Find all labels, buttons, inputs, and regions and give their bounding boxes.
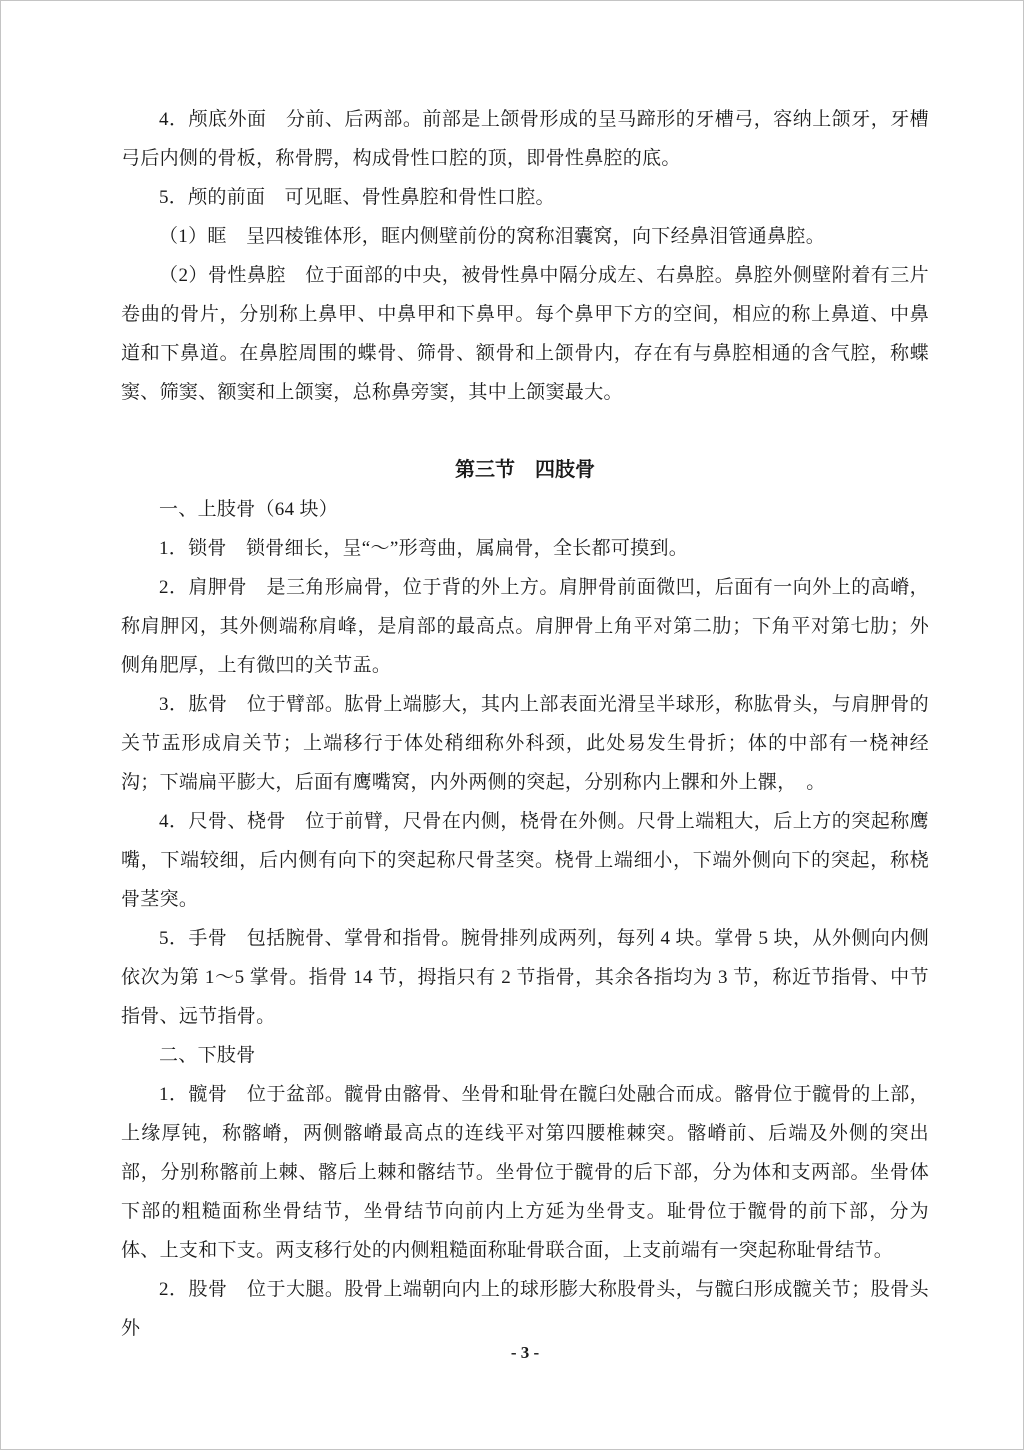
paragraph-skull-front: 5．颅的前面 可见眶、骨性鼻腔和骨性口腔。	[121, 178, 929, 217]
section-heading: 第三节 四肢骨	[121, 451, 929, 490]
paragraph-clavicle: 1．锁骨 锁骨细长，呈“～”形弯曲，属扁骨，全长都可摸到。	[121, 529, 929, 568]
paragraph-scapula: 2．肩胛骨 是三角形扁骨，位于背的外上方。肩胛骨前面微凹，后面有一向外上的高嵴，…	[121, 568, 929, 685]
paragraph-femur: 2．股骨 位于大腿。股骨上端朝向内上的球形膨大称股骨头，与髋臼形成髋关节；股骨头…	[121, 1270, 929, 1348]
paragraph-skull-base: 4．颅底外面 分前、后两部。前部是上颌骨形成的呈马蹄形的牙槽弓，容纳上颌牙，牙槽…	[121, 100, 929, 178]
paragraph-ulna-radius: 4．尺骨、桡骨 位于前臂，尺骨在内侧，桡骨在外侧。尺骨上端粗大，后上方的突起称鹰…	[121, 802, 929, 919]
list-header-upper-limb: 一、上肢骨（64 块）	[121, 490, 929, 529]
paragraph-bony-nasal-cavity: （2）骨性鼻腔 位于面部的中央，被骨性鼻中隔分成左、右鼻腔。鼻腔外侧壁附着有三片…	[121, 256, 929, 412]
paragraph-hip-bone: 1．髋骨 位于盆部。髋骨由髂骨、坐骨和耻骨在髋臼处融合而成。髂骨位于髋骨的上部，…	[121, 1075, 929, 1270]
paragraph-hand-bones: 5．手骨 包括腕骨、掌骨和指骨。腕骨排列成两列，每列 4 块。掌骨 5 块，从外…	[121, 919, 929, 1036]
paragraph-humerus: 3．肱骨 位于臂部。肱骨上端膨大，其内上部表面光滑呈半球形，称肱骨头，与肩胛骨的…	[121, 685, 929, 802]
paragraph-orbit: （1）眶 呈四棱锥体形，眶内侧壁前份的窝称泪囊窝，向下经鼻泪管通鼻腔。	[121, 217, 929, 256]
list-header-lower-limb: 二、下肢骨	[121, 1036, 929, 1075]
page-number: - 3 -	[121, 1341, 929, 1365]
document-page: 4．颅底外面 分前、后两部。前部是上颌骨形成的呈马蹄形的牙槽弓，容纳上颌牙，牙槽…	[0, 0, 1024, 1450]
document-body: 4．颅底外面 分前、后两部。前部是上颌骨形成的呈马蹄形的牙槽弓，容纳上颌牙，牙槽…	[121, 100, 929, 1348]
